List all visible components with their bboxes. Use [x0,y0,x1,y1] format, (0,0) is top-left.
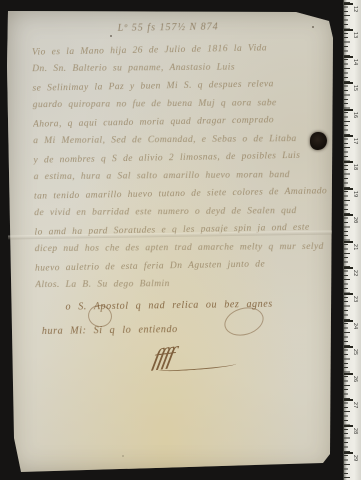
ruler-number: 17 [352,135,358,147]
ruler-number: 15 [352,82,358,94]
ruler-number: 19 [352,188,358,200]
ruler-number: 20 [352,214,358,226]
ruler-number: 21 [352,241,358,253]
ruler-number: 22 [352,267,358,279]
letter-body: Vio es la Mano hija 26 de Julio de 1816 … [32,39,329,295]
measurement-ruler: 121314151617181920212223242526272829 [343,0,361,480]
ruler-number: 23 [352,293,358,305]
ruler-number: 24 [352,320,358,332]
ruler-number: 27 [352,399,358,411]
ink-speck [110,35,112,37]
ruler-number: 12 [352,3,358,15]
ink-speck [312,26,314,28]
ruler-number: 16 [352,109,358,121]
scanned-letter-page: Lº 55 fs 157½ N 874 Vio es la Mano hija … [0,0,361,480]
archive-reference-inscription: Lº 55 fs 157½ N 874 [32,20,326,35]
letter-paper: Lº 55 fs 157½ N 874 Vio es la Mano hija … [6,8,338,476]
ruler-number: 14 [352,56,358,68]
ruler-number: 29 [352,452,358,464]
ruler-number: 25 [352,346,358,358]
postscript-line: hura Mi: Si q lo entiendo [36,322,330,337]
handwritten-letter: Lº 55 fs 157½ N 874 Vio es la Mano hija … [32,20,331,372]
ruler-number: 26 [352,373,358,385]
ruler-number: 18 [352,161,358,173]
postscript-line: o S. Apostol q nad relica ou bez agnes [35,298,329,313]
ink-speck [122,455,124,457]
ruler-number: 28 [352,425,358,437]
ruler-number: 13 [352,29,358,41]
handwriting-line: Altos. La B. Su dego Balmin [35,274,329,294]
